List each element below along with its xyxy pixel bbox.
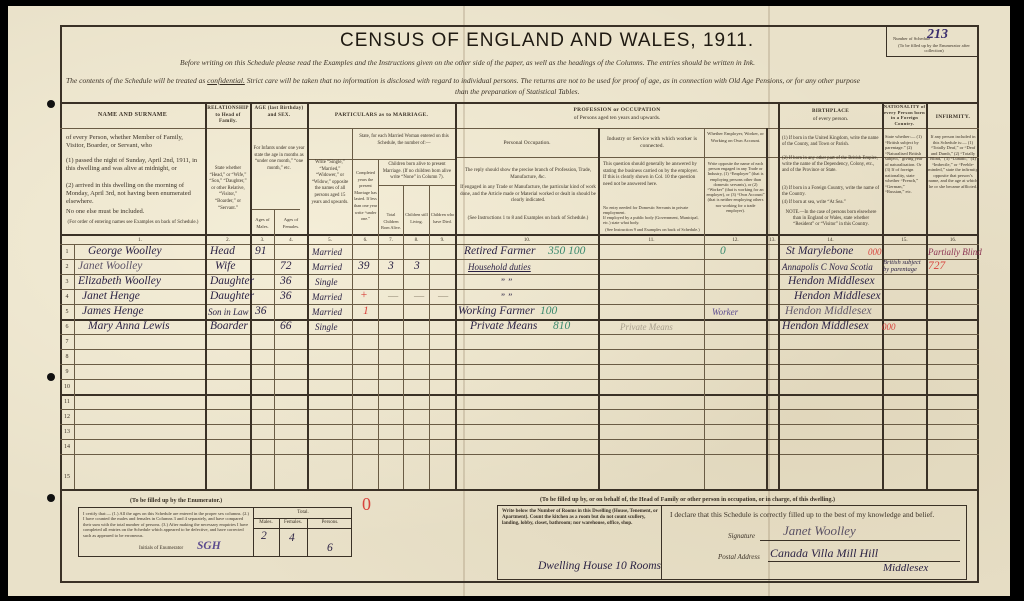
instructions-subtitle: Before writing on this Schedule please r…: [180, 58, 755, 67]
age-female: 72: [280, 260, 292, 272]
header-industry: Industry or Service with which worker is…: [600, 136, 704, 149]
row-number: 7: [62, 339, 72, 345]
header-age-body: For Infants under one year state the age…: [252, 146, 306, 172]
header-birthplace-note: NOTE.—In the case of persons born elsewh…: [782, 210, 880, 227]
header-profession: PROFESSION or OCCUPATION: [456, 107, 778, 114]
header-living: Children still Living.: [404, 212, 429, 225]
header-name-exclusion: No one else must be included.: [66, 208, 202, 216]
row-number: 3: [62, 279, 72, 285]
signature-label: Signature: [728, 532, 755, 540]
age-male: 36: [255, 305, 267, 317]
occupation-code: 810: [553, 320, 570, 332]
person-name: Elizabeth Woolley: [78, 275, 161, 287]
header-name-rule1: (1) passed the night of Sunday, April 2n…: [66, 157, 202, 173]
employer-status: 0: [720, 245, 726, 257]
header-infirmity: INFIRMITY.: [927, 114, 979, 121]
persons-label: Persons.: [307, 520, 353, 525]
industry: Private Means: [620, 322, 673, 332]
females-label: Females.: [279, 520, 307, 525]
header-age-males: Ages of Males.: [251, 217, 274, 230]
header-marriage-status: Write “Single,” “Married,” “Widower,” or…: [309, 160, 351, 206]
employer-status: Worker: [712, 307, 738, 317]
relationship: Son in Law: [208, 307, 249, 317]
column-number: 1.: [75, 238, 205, 243]
header-years-married: Completed years the present Marriage has…: [353, 170, 378, 223]
header-marriage: PARTICULARS as to MARRIAGE.: [308, 112, 455, 119]
rooms-value: Dwelling House 10 Rooms: [538, 560, 661, 572]
person-name: Mary Anna Lewis: [88, 320, 170, 332]
total-females: 4: [289, 532, 295, 544]
birthplace: Hendon Middlesex: [782, 320, 869, 332]
header-name-rule2: (2) arrived in this dwelling on the morn…: [66, 182, 202, 206]
children-living: —: [414, 290, 424, 302]
row-number: 11: [62, 399, 72, 405]
header-industry-body1: This question should generally be answer…: [603, 162, 702, 188]
rooms-instruction: Write below the Number of Rooms in this …: [502, 509, 658, 527]
birthplace: Hendon Middlesex: [794, 290, 881, 302]
age-female: 36: [280, 290, 292, 302]
row-number: 15: [62, 474, 72, 480]
row-number: 12: [62, 414, 72, 420]
column-number: 6.: [353, 238, 378, 243]
row-number: 4: [62, 294, 72, 300]
header-name: NAME AND SURNAME: [60, 112, 205, 119]
nationality-code: 727: [928, 260, 945, 272]
row-number: 5: [62, 309, 72, 315]
header-age: AGE (last Birthday) and SEX.: [251, 106, 307, 119]
enumerator-initials: SGH: [197, 540, 221, 552]
column-number: 10.: [456, 238, 598, 243]
header-name-order: (For order of entering names see Example…: [64, 220, 202, 227]
infirmity: Partially Blind: [928, 247, 982, 257]
children-died: —: [438, 290, 448, 302]
declaration-box: Write below the Number of Rooms in this …: [497, 505, 967, 580]
column-number: 16.: [927, 238, 979, 243]
census-table: NAME AND SURNAME of every Person, whethe…: [60, 102, 979, 492]
row-number: 2: [62, 264, 72, 270]
birthplace: St Marylebone: [786, 245, 853, 257]
signature: Janet Woolley: [783, 523, 856, 539]
punch-hole: [47, 100, 55, 108]
postal-address-label: Postal Address: [718, 553, 760, 561]
marital-status: Married: [312, 247, 342, 257]
row-number: 14: [62, 444, 72, 450]
total-label: Total.: [253, 510, 353, 515]
years-married: +: [360, 289, 368, 301]
column-number: 2.: [206, 238, 250, 243]
column-number: 9.: [430, 238, 455, 243]
age-female: 66: [280, 320, 292, 332]
header-employer: Whether Employer, Worker, or Working on …: [705, 131, 766, 144]
birthplace-code: 000: [882, 322, 896, 332]
header-birthplace-subtitle: of every person.: [779, 116, 882, 123]
total-males: 2: [261, 530, 267, 542]
schedule-number-label: Number of Schedule: [893, 36, 930, 41]
enumerator-red-mark: 0: [362, 494, 371, 515]
birthplace: Hendon Middlesex: [788, 275, 875, 287]
page-title: CENSUS OF ENGLAND AND WALES, 1911.: [340, 30, 754, 52]
enumerator-certification-text: I certify that:— (1.) All the ages on th…: [83, 511, 251, 538]
column-number: 11.: [599, 238, 704, 243]
birthplace-code: 000: [868, 247, 882, 257]
row-number: 13: [62, 429, 72, 435]
postal-address-county: Middlesex: [883, 562, 928, 574]
postal-address: Canada Villa Mill Hill: [770, 546, 878, 561]
header-industry-body4: (See Instruction 9 and Examples on back …: [603, 227, 702, 232]
occupation-code: 100: [540, 305, 557, 317]
person-name: Janet Woolley: [78, 260, 142, 272]
header-died: Children who have Died.: [430, 212, 455, 225]
children-living: 3: [414, 260, 420, 272]
marital-status: Married: [312, 262, 342, 272]
header-infirmity-body: If any person included in this Schedule …: [928, 134, 978, 189]
children-born: 3: [388, 260, 394, 272]
marital-status: Married: [312, 307, 342, 317]
header-employer-body: Write opposite the name of each person e…: [706, 161, 765, 213]
schedule-number-box: Number of Schedule (To be filled up by t…: [886, 25, 979, 57]
row-number: 1: [62, 249, 72, 255]
header-industry-body3: If employed by a public body (Government…: [603, 215, 702, 225]
header-profession-subtitle: of Persons aged ten years and upwards.: [456, 115, 778, 122]
birthplace: Annapolis C Nova Scotia: [782, 262, 873, 272]
column-number: 5.: [308, 238, 352, 243]
initials-label: Initials of Enumerator: [139, 546, 183, 551]
header-nationality-body: State whether:— (1) “British subject by …: [885, 134, 925, 195]
row-number: 8: [62, 354, 72, 360]
confidential-notice-end: than the preparation of Statistical Tabl…: [455, 87, 579, 96]
occupation: Household duties: [468, 262, 531, 272]
relationship: Wife: [215, 260, 235, 272]
occupation: Private Means: [470, 320, 537, 332]
head-of-family-title: (To be filled up by, or on behalf of, th…: [540, 497, 835, 503]
header-birthplace-rule1: (1) If born in the United Kingdom, write…: [782, 136, 880, 148]
enumerator-section-title: (To be filled up by the Enumerator.): [130, 498, 222, 504]
column-number: 13.: [767, 238, 778, 243]
header-age-females: Ages of Females.: [275, 217, 307, 230]
relationship: Head: [210, 245, 235, 257]
declaration-text: I declare that this Schedule is correctl…: [670, 510, 934, 519]
header-birthplace-rule4: (4) If born at sea, write “At Sea.”: [782, 200, 880, 206]
header-total-born: Total Children Born Alive.: [379, 212, 403, 232]
header-married-woman: State, for each Married Woman entered on…: [354, 134, 454, 147]
header-personal-occupation: Personal Occupation.: [456, 140, 598, 147]
header-relationship-body: State whether “Head,” or “Wife,” “Son,” …: [208, 166, 248, 212]
column-number: 7.: [379, 238, 403, 243]
marital-status: Married: [312, 292, 342, 302]
header-birthplace: BIRTHPLACE: [779, 108, 882, 115]
relationship: Daughter: [210, 290, 254, 302]
confidential-notice: The contents of the Schedule will be tre…: [66, 76, 971, 85]
enumerator-certification-box: I certify that:— (1.) All the ages on th…: [78, 507, 352, 557]
occupation: ” ”: [500, 277, 512, 287]
occupation: Retired Farmer: [464, 245, 535, 257]
occupation-code: 350 100: [548, 245, 585, 257]
column-number: 12.: [705, 238, 766, 243]
header-birthplace-rule3: (3) If born in a Foreign Country, write …: [782, 186, 880, 198]
marital-status: Single: [315, 277, 338, 287]
header-name-body: of every Person, whether Member of Famil…: [66, 134, 202, 150]
person-name: Janet Henge: [82, 290, 140, 302]
column-number: 3.: [251, 238, 274, 243]
header-nationality: NATIONALITY of every Person born in a Fo…: [883, 104, 926, 126]
column-number: 4.: [275, 238, 307, 243]
row-number: 9: [62, 369, 72, 375]
age-male: 91: [255, 245, 267, 257]
header-birthplace-rule2: (2) If born in any other part of the Bri…: [782, 156, 880, 173]
person-name: James Henge: [82, 305, 144, 317]
column-number: 14.: [779, 238, 882, 243]
header-personal-body2: If engaged in any Trade or Manufacture, …: [460, 185, 596, 205]
row-number: 6: [62, 324, 72, 330]
column-number: 8.: [404, 238, 429, 243]
years-married: 1: [363, 305, 369, 317]
nationality: British subject by parentage: [883, 259, 927, 273]
relationship: Daughter: [210, 275, 254, 287]
children-born: —: [388, 290, 398, 302]
header-industry-body2: No entry needed for Domestic Servants in…: [603, 205, 702, 215]
age-female: 36: [280, 275, 292, 287]
marital-status: Single: [315, 322, 338, 332]
person-name: George Woolley: [88, 245, 162, 257]
schedule-number-value: 213: [927, 27, 948, 43]
relationship: Boarder: [210, 320, 248, 332]
males-label: Males.: [253, 520, 279, 525]
header-children-born: Children born alive to present Marriage.…: [380, 162, 454, 182]
birthplace: Hendon Middlesex: [785, 305, 872, 317]
header-personal-body3: (See Instructions 1 to 8 and Examples on…: [460, 216, 596, 223]
total-persons: 6: [327, 542, 333, 554]
occupation: Working Farmer: [458, 305, 535, 317]
punch-hole: [47, 494, 55, 502]
years-married: 39: [358, 260, 370, 272]
schedule-number-note: (To be filled up by the Enumerator after…: [891, 43, 977, 53]
occupation: ” ”: [500, 292, 512, 302]
column-number: 15.: [883, 238, 926, 243]
punch-hole: [47, 373, 55, 381]
header-personal-body1: The reply should show the precise branch…: [460, 168, 596, 181]
row-number: 10: [62, 384, 72, 390]
header-relationship: RELATIONSHIP to Head of Family.: [206, 106, 250, 126]
